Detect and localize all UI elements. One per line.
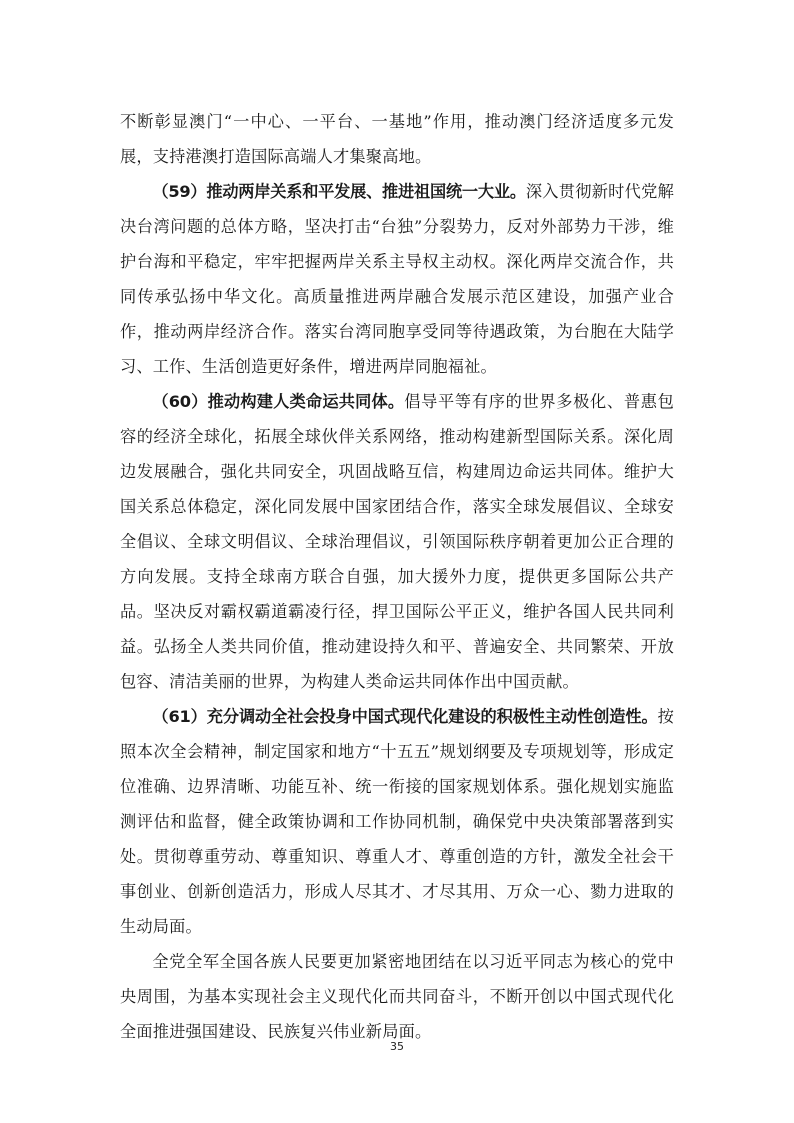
section-heading-60: （60）推动构建人类命运共同体。	[152, 392, 404, 411]
document-body: 不断彰显澳门“一中心、一平台、一基地”作用，推动澳门经济适度多元发展，支持港澳打…	[120, 104, 674, 1049]
paragraph-text: 不断彰显澳门“一中心、一平台、一基地”作用，推动澳门经济适度多元发展，支持港澳打…	[120, 112, 674, 166]
paragraph-text: 按照本次全会精神，制定国家和地方“十五五”规划纲要及专项规划等，形成定位准确、边…	[120, 707, 674, 936]
paragraph-closing: 全党全军全国各族人民要更加紧密地团结在以习近平同志为核心的党中央周围，为基本实现…	[120, 944, 674, 1049]
section-heading-59: （59）推动两岸关系和平发展、推进祖国统一大业。	[152, 182, 525, 201]
paragraph-text: 倡导平等有序的世界多极化、普惠包容的经济全球化，拓展全球伙伴关系网络，推动构建新…	[120, 392, 674, 691]
paragraph-continuation: 不断彰显澳门“一中心、一平台、一基地”作用，推动澳门经济适度多元发展，支持港澳打…	[120, 104, 674, 174]
section-heading-61: （61）充分调动全社会投身中国式现代化建设的积极性主动性创造性。	[152, 707, 657, 726]
paragraph-text: 全党全军全国各族人民要更加紧密地团结在以习近平同志为核心的党中央周围，为基本实现…	[120, 952, 674, 1041]
page-number: 35	[0, 1040, 794, 1053]
paragraph-61: （61）充分调动全社会投身中国式现代化建设的积极性主动性创造性。按照本次全会精神…	[120, 699, 674, 944]
paragraph-59: （59）推动两岸关系和平发展、推进祖国统一大业。深入贯彻新时代党解决台湾问题的总…	[120, 174, 674, 384]
paragraph-text: 深入贯彻新时代党解决台湾问题的总体方略，坚决打击“台独”分裂势力，反对外部势力干…	[120, 182, 674, 376]
paragraph-60: （60）推动构建人类命运共同体。倡导平等有序的世界多极化、普惠包容的经济全球化，…	[120, 384, 674, 699]
